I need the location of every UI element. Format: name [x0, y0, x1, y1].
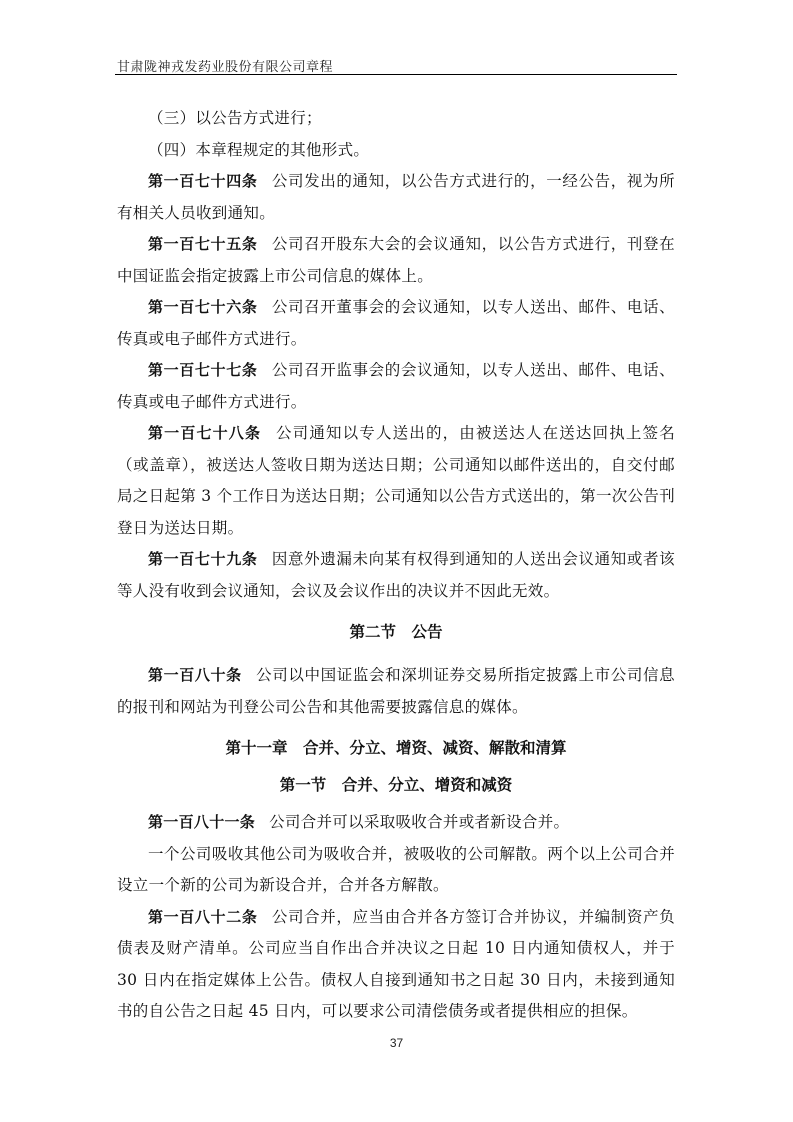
header-divider — [115, 74, 677, 75]
article-label: 第一百七十七条 — [148, 361, 257, 379]
article-label: 第一百七十八条 — [148, 424, 261, 442]
article-label: 第一百七十五条 — [148, 235, 257, 253]
document-body: （三）以公告方式进行； （四）本章程规定的其他形式。 第一百七十四条公司发出的通… — [117, 103, 675, 1028]
article-182: 第一百八十二条公司合并，应当由合并各方签订合并协议，并编制资产负债表及财产清单。… — [117, 902, 675, 1028]
list-item-4: （四）本章程规定的其他形式。 — [117, 135, 675, 167]
section-heading: 第一节 合并、分立、增资和减资 — [117, 770, 675, 801]
article-177: 第一百七十七条公司召开监事会的会议通知，以专人送出、邮件、电话、传真或电子邮件方… — [117, 355, 675, 418]
chapter-heading: 第十一章 合并、分立、增资、减资、解散和清算 — [117, 733, 675, 764]
article-178: 第一百七十八条公司通知以专人送出的，由被送达人在送达回执上签名（或盖章），被送达… — [117, 418, 675, 544]
section-heading: 第二节 公告 — [117, 617, 675, 648]
article-181: 第一百八十一条公司合并可以采取吸收合并或者新设合并。 — [117, 807, 675, 839]
article-175: 第一百七十五条公司召开股东大会的会议通知，以公告方式进行，刊登在中国证监会指定披… — [117, 229, 675, 292]
article-179: 第一百七十九条因意外遗漏未向某有权得到通知的人送出会议通知或者该等人没有收到会议… — [117, 544, 675, 607]
document-header: 甘肃陇神戎发药业股份有限公司章程 — [117, 56, 675, 75]
article-label: 第一百七十四条 — [148, 172, 257, 190]
article-label: 第一百七十六条 — [148, 298, 257, 316]
list-item-3: （三）以公告方式进行； — [117, 103, 675, 135]
article-label: 第一百七十九条 — [148, 550, 257, 568]
article-180: 第一百八十条公司以中国证监会和深圳证券交易所指定披露上市公司信息的报刊和网站为刊… — [117, 660, 675, 723]
article-label: 第一百八十条 — [148, 666, 242, 684]
article-176: 第一百七十六条公司召开董事会的会议通知，以专人送出、邮件、电话、传真或电子邮件方… — [117, 292, 675, 355]
article-label: 第一百八十二条 — [148, 908, 257, 926]
article-text: 公司合并可以采取吸收合并或者新设合并。 — [269, 813, 569, 831]
article-174: 第一百七十四条公司发出的通知，以公告方式进行的，一经公告，视为所有相关人员收到通… — [117, 166, 675, 229]
page-number: 37 — [0, 1036, 793, 1050]
article-181-paragraph-2: 一个公司吸收其他公司为吸收合并，被吸收的公司解散。两个以上公司合并设立一个新的公… — [117, 839, 675, 902]
article-label: 第一百八十一条 — [148, 813, 255, 831]
